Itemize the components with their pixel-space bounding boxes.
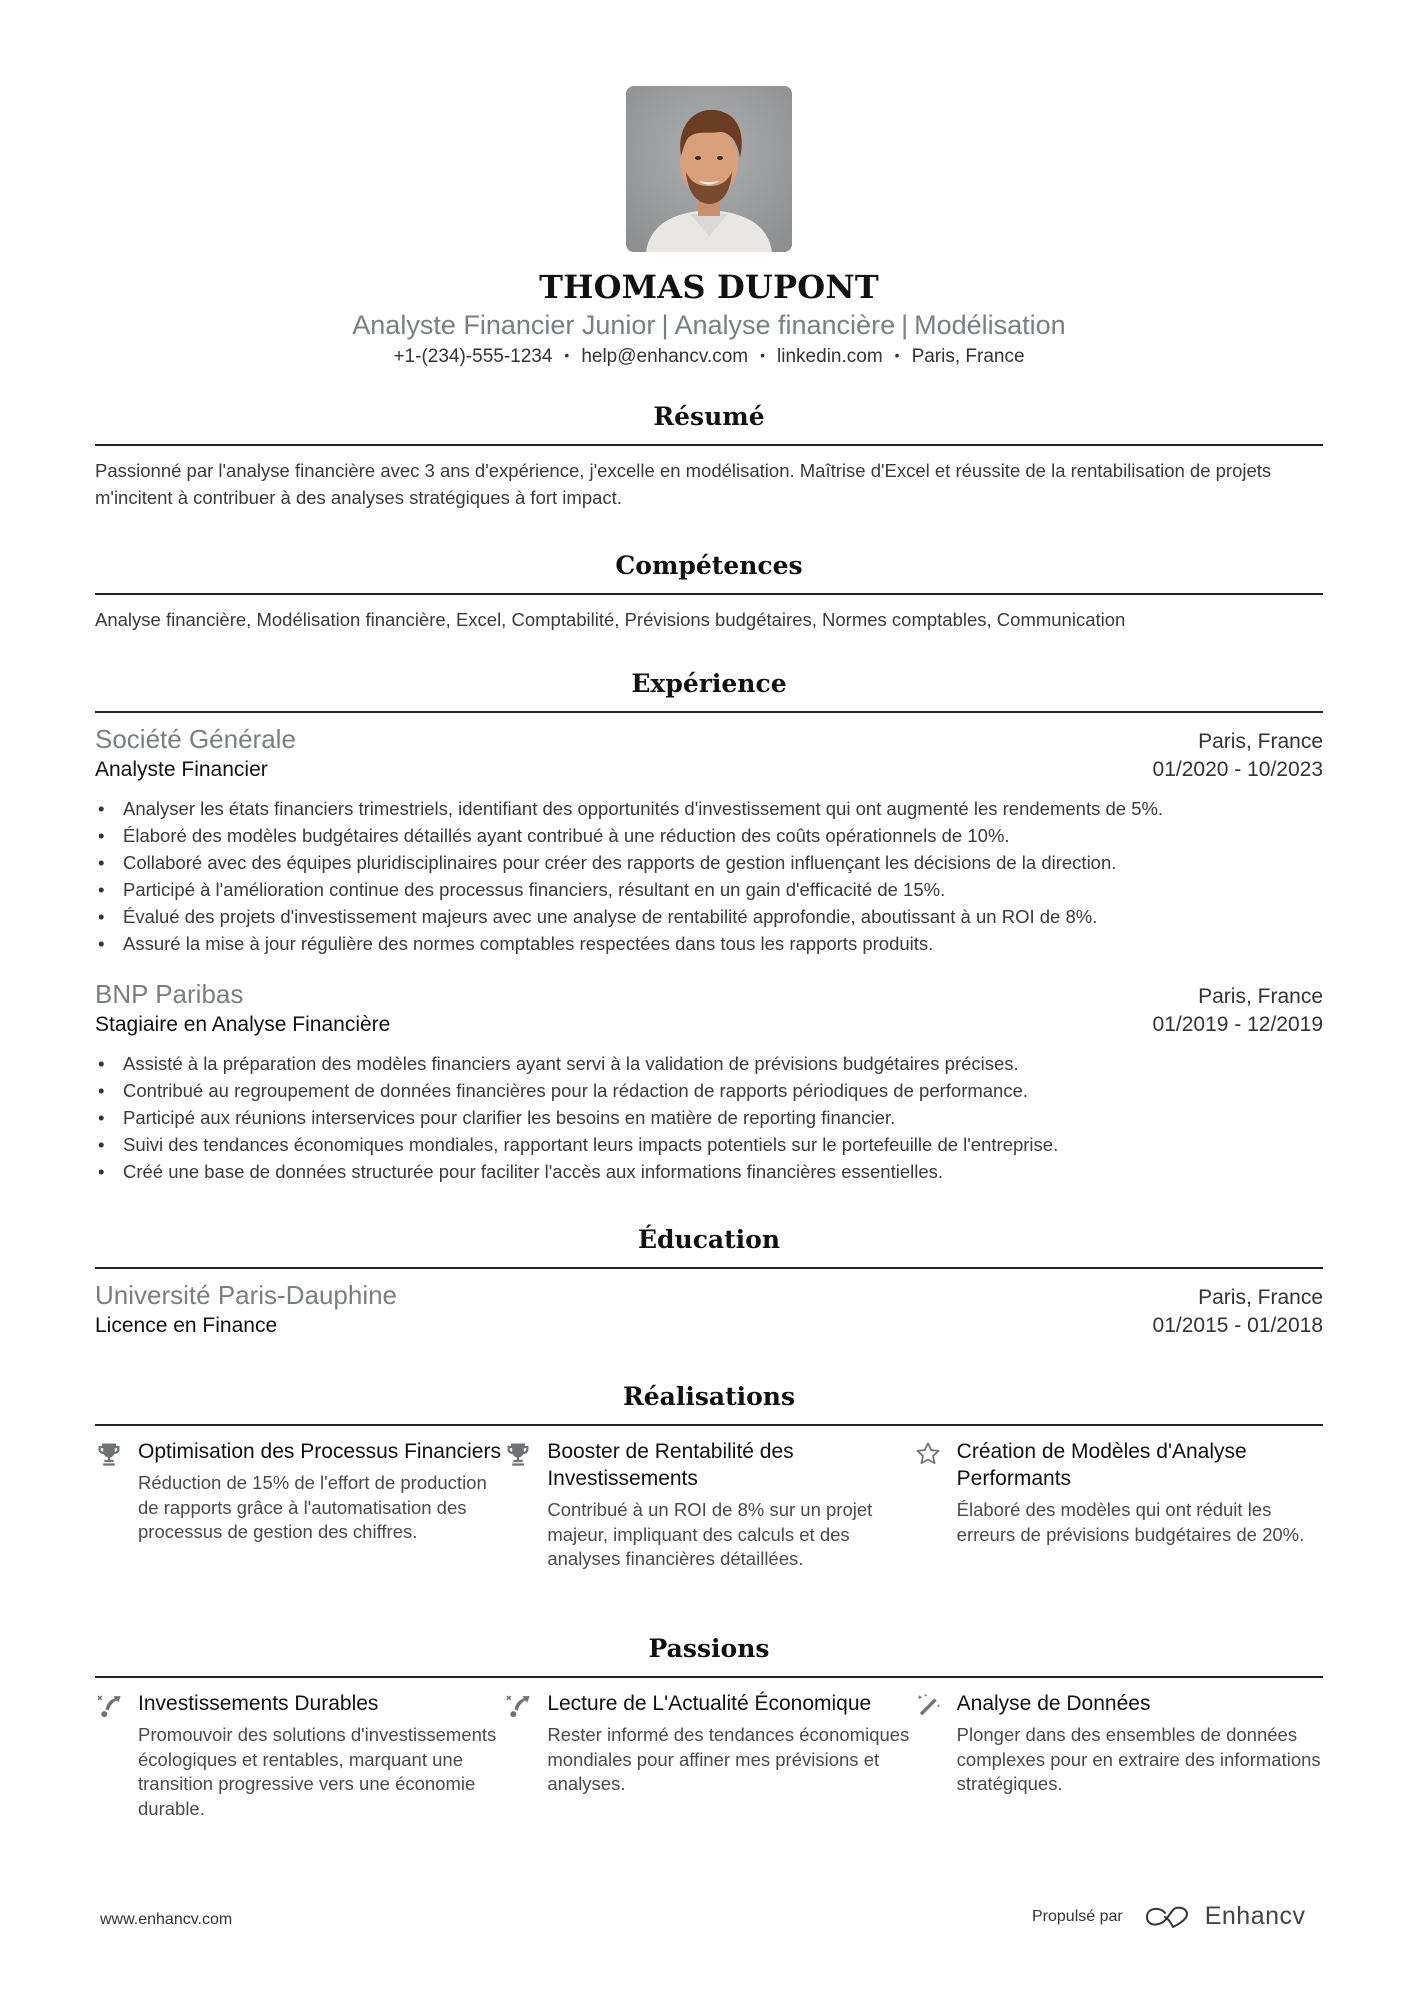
experience-role-row: Analyste Financier 01/2020 - 10/2023 bbox=[95, 758, 1323, 782]
company-name: Société Générale bbox=[95, 724, 296, 755]
achievement-text: Contribué à un ROI de 8% sur un projet m… bbox=[547, 1498, 913, 1572]
summary-text: Passionné par l'analyse financière avec … bbox=[95, 457, 1323, 511]
headline: Analyste Financier Junior|Analyse financ… bbox=[95, 310, 1323, 341]
bullet-item: Évalué des projets d'investissement maje… bbox=[123, 903, 1351, 930]
section-title-education: Éducation bbox=[95, 1225, 1323, 1254]
email-link[interactable]: help@enhancv.com bbox=[581, 346, 748, 367]
achievement-title: Booster de Rentabilité des Investissemen… bbox=[547, 1438, 913, 1492]
strategy-icon bbox=[504, 1692, 532, 1720]
trophy-icon bbox=[95, 1440, 123, 1468]
bullet-item: Créé une base de données structurée pour… bbox=[123, 1158, 1351, 1185]
achievement-item: Optimisation des Processus Financiers Ré… bbox=[95, 1438, 504, 1572]
website-link[interactable]: www.enhancv.com bbox=[100, 1911, 232, 1929]
section-divider bbox=[95, 711, 1323, 713]
contact-separator: • bbox=[883, 347, 912, 363]
section-title-summary: Résumé bbox=[95, 402, 1323, 431]
passion-title: Investissements Durables bbox=[138, 1690, 504, 1717]
bullet-item: Participé à l'amélioration continue des … bbox=[123, 876, 1351, 903]
section-title-skills: Compétences bbox=[95, 551, 1323, 580]
headline-skill-2: Modélisation bbox=[914, 310, 1066, 340]
enhancv-logo-icon bbox=[1143, 1904, 1191, 1930]
company-name: BNP Paribas bbox=[95, 979, 243, 1010]
experience-bullets: Assisté à la préparation des modèles fin… bbox=[95, 1050, 1351, 1185]
candidate-name: THOMAS DUPONT bbox=[95, 268, 1323, 306]
passion-text: Promouvoir des solutions d'investissemen… bbox=[138, 1723, 504, 1821]
achievement-item: Booster de Rentabilité des Investissemen… bbox=[504, 1438, 913, 1572]
contact-separator: • bbox=[748, 347, 777, 363]
skills-text: Analyse financière, Modélisation financi… bbox=[95, 606, 1323, 633]
contact-separator: • bbox=[552, 347, 581, 363]
school-name: Université Paris-Dauphine bbox=[95, 1280, 397, 1311]
strategy-icon bbox=[95, 1692, 123, 1720]
passion-item: Lecture de L'Actualité Économique Rester… bbox=[504, 1690, 913, 1821]
bullet-item: Collaboré avec des équipes pluridiscipli… bbox=[123, 849, 1351, 876]
passions-grid: Investissements Durables Promouvoir des … bbox=[95, 1690, 1323, 1821]
headline-separator: | bbox=[655, 310, 674, 340]
headline-title: Analyste Financier Junior bbox=[352, 310, 655, 340]
section-divider bbox=[95, 1424, 1323, 1426]
person-photo-icon bbox=[626, 86, 792, 252]
passion-title: Lecture de L'Actualité Économique bbox=[547, 1690, 913, 1717]
achievements-grid: Optimisation des Processus Financiers Ré… bbox=[95, 1438, 1323, 1572]
bullet-item: Assisté à la préparation des modèles fin… bbox=[123, 1050, 1351, 1077]
job-title: Stagiaire en Analyse Financière bbox=[95, 1013, 390, 1037]
experience-bullets: Analyser les états financiers trimestrie… bbox=[95, 795, 1351, 957]
passion-item: Analyse de Données Plonger dans des ense… bbox=[914, 1690, 1323, 1821]
location: Paris, France bbox=[912, 346, 1025, 367]
linkedin-link[interactable]: linkedin.com bbox=[777, 346, 883, 367]
powered-by: Propulsé par Enhancv bbox=[1032, 1902, 1306, 1931]
section-divider bbox=[95, 593, 1323, 595]
section-divider bbox=[95, 444, 1323, 446]
passion-title: Analyse de Données bbox=[957, 1690, 1323, 1717]
experience-header-row: BNP Paribas Paris, France bbox=[95, 979, 1323, 1010]
degree: Licence en Finance bbox=[95, 1314, 277, 1338]
bullet-item: Contribué au regroupement de données fin… bbox=[123, 1077, 1351, 1104]
passion-item: Investissements Durables Promouvoir des … bbox=[95, 1690, 504, 1821]
brand-name[interactable]: Enhancv bbox=[1205, 1902, 1306, 1931]
job-dates: 01/2020 - 10/2023 bbox=[1153, 758, 1323, 782]
section-divider bbox=[95, 1267, 1323, 1269]
experience-header-row: Société Générale Paris, France bbox=[95, 724, 1323, 755]
passion-text: Plonger dans des ensembles de données co… bbox=[957, 1723, 1323, 1797]
star-icon bbox=[914, 1440, 942, 1468]
education-dates: 01/2015 - 01/2018 bbox=[1153, 1314, 1323, 1338]
education-header-row: Université Paris-Dauphine Paris, France bbox=[95, 1280, 1323, 1311]
section-title-passions: Passions bbox=[95, 1634, 1323, 1663]
headline-separator: | bbox=[895, 310, 914, 340]
profile-photo bbox=[626, 86, 792, 252]
bullet-item: Assuré la mise à jour régulière des norm… bbox=[123, 930, 1351, 957]
achievement-title: Création de Modèles d'Analyse Performant… bbox=[957, 1438, 1323, 1492]
job-location: Paris, France bbox=[1198, 985, 1323, 1009]
achievement-title: Optimisation des Processus Financiers bbox=[138, 1438, 504, 1465]
job-title: Analyste Financier bbox=[95, 758, 268, 782]
experience-role-row: Stagiaire en Analyse Financière 01/2019 … bbox=[95, 1013, 1323, 1037]
phone: +1-(234)-555-1234 bbox=[393, 346, 552, 367]
contact-info: +1-(234)-555-1234•help@enhancv.com•linke… bbox=[95, 346, 1323, 368]
powered-by-label: Propulsé par bbox=[1032, 1908, 1123, 1926]
section-title-achievements: Réalisations bbox=[95, 1382, 1323, 1411]
headline-skill-1: Analyse financière bbox=[674, 310, 895, 340]
bullet-item: Suivi des tendances économiques mondiale… bbox=[123, 1131, 1351, 1158]
magic-wand-icon bbox=[914, 1692, 942, 1720]
achievement-text: Réduction de 15% de l'effort de producti… bbox=[138, 1471, 504, 1545]
school-location: Paris, France bbox=[1198, 1286, 1323, 1310]
achievement-text: Élaboré des modèles qui ont réduit les e… bbox=[957, 1498, 1323, 1547]
section-title-experience: Expérience bbox=[95, 669, 1323, 698]
job-dates: 01/2019 - 12/2019 bbox=[1153, 1013, 1323, 1037]
section-divider bbox=[95, 1676, 1323, 1678]
achievement-item: Création de Modèles d'Analyse Performant… bbox=[914, 1438, 1323, 1572]
bullet-item: Élaboré des modèles budgétaires détaillé… bbox=[123, 822, 1351, 849]
trophy-icon bbox=[504, 1440, 532, 1468]
job-location: Paris, France bbox=[1198, 730, 1323, 754]
bullet-item: Participé aux réunions interservices pou… bbox=[123, 1104, 1351, 1131]
passion-text: Rester informé des tendances économiques… bbox=[547, 1723, 913, 1797]
education-degree-row: Licence en Finance 01/2015 - 01/2018 bbox=[95, 1314, 1323, 1338]
bullet-item: Analyser les états financiers trimestrie… bbox=[123, 795, 1351, 822]
